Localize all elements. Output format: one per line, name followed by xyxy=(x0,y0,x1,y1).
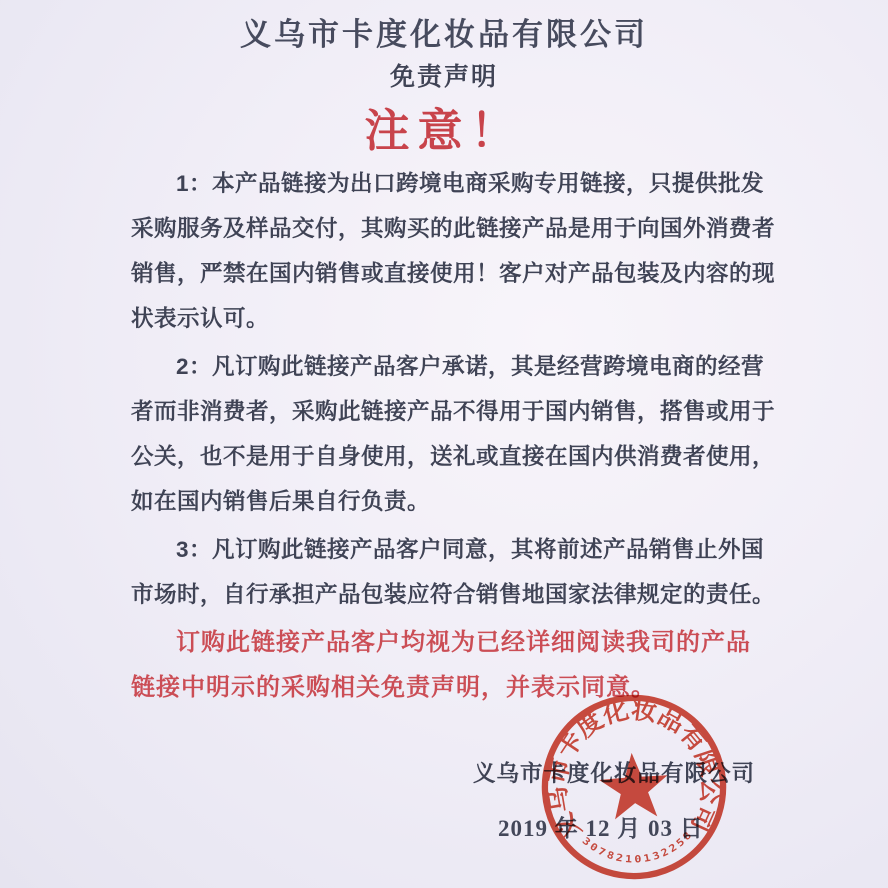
text-line: 公关，也不是用于自身使用，送礼或直接在国内供消费者使用， xyxy=(131,434,771,479)
document-body: 1：本产品链接为出口跨境电商采购专用链接，只提供批发 采购服务及样品交付，其购买… xyxy=(131,161,771,713)
paragraph-3: 3：凡订购此链接产品客户同意，其将前述产品销售止外国 市场时，自行承担产品包装应… xyxy=(131,527,771,617)
star-icon xyxy=(597,750,670,820)
text-line: 如在国内销售后果自行负责。 xyxy=(131,479,771,524)
document-page: 义乌市卡度化妆品有限公司 免责声明 注意！ 1：本产品链接为出口跨境电商采购专用… xyxy=(0,0,888,888)
company-title: 义乌市卡度化妆品有限公司 xyxy=(0,9,888,54)
paragraph-2: 2：凡订购此链接产品客户承诺，其是经营跨境电商的经营 者而非消费者，采购此链接产… xyxy=(131,344,771,524)
text-line: 订购此链接产品客户均视为已经详细阅读我司的产品 xyxy=(131,620,771,665)
text-line: 3：凡订购此链接产品客户同意，其将前述产品销售止外国 xyxy=(131,527,771,572)
disclaimer-subtitle: 免责声明 xyxy=(0,57,888,93)
text-line: 采购服务及样品交付，其购买的此链接产品是用于向国外消费者 xyxy=(131,206,771,251)
text-line: 市场时，自行承担产品包装应符合销售地国家法律规定的责任。 xyxy=(131,572,771,617)
company-seal-stamp: 义乌市卡度化妆品有限公司 3078210132258 xyxy=(517,681,750,888)
text-line: 2：凡订购此链接产品客户承诺，其是经营跨境电商的经营 xyxy=(131,344,771,389)
text-line: 者而非消费者，采购此链接产品不得用于国内销售，搭售或用于 xyxy=(131,389,771,434)
text-line: 1：本产品链接为出口跨境电商采购专用链接，只提供批发 xyxy=(131,161,771,206)
attention-heading: 注意！ xyxy=(0,94,888,159)
text-line: 销售，严禁在国内销售或直接使用！客户对产品包装及内容的现 xyxy=(131,251,771,296)
text-line: 状表示认可。 xyxy=(131,296,771,341)
paragraph-1: 1：本产品链接为出口跨境电商采购专用链接，只提供批发 采购服务及样品交付，其购买… xyxy=(131,161,771,341)
